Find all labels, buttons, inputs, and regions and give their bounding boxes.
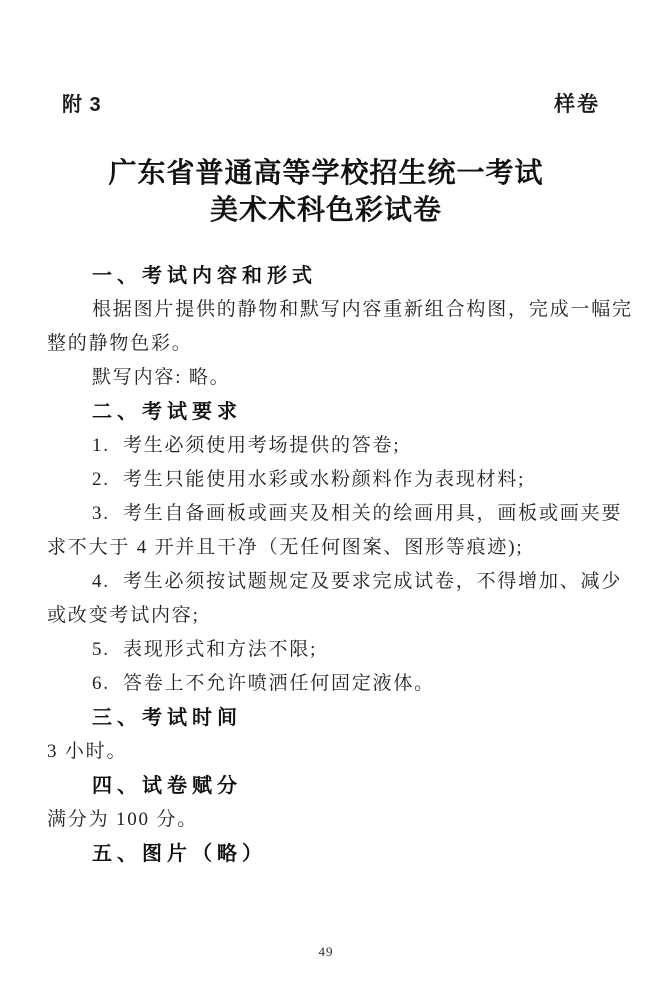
para-total-score: 满分为 100 分。	[47, 803, 612, 837]
document-page: 附 3 样卷 广东省普通高等学校招生统一考试 美术术科色彩试卷 一、考试内容和形…	[0, 0, 652, 1008]
list-item-3-line-1: 3. 考生自备画板或画夹及相关的绘画用具，画板或画夹要	[47, 497, 612, 531]
para-exam-content-line-1: 根据图片提供的静物和默写内容重新组合构图，完成一幅完	[47, 293, 612, 327]
document-title-line-2: 美术术科色彩试卷	[0, 191, 652, 228]
list-item-2: 2. 考生只能使用水彩或水粉颜料作为表现材料;	[47, 463, 612, 497]
list-item-4-line-2: 或改变考试内容;	[47, 599, 612, 633]
document-title-line-1: 广东省普通高等学校招生统一考试	[0, 154, 652, 191]
list-item-6: 6. 答卷上不允许喷洒任何固定液体。	[47, 667, 612, 701]
para-dictation-content: 默写内容: 略。	[47, 361, 612, 395]
document-body: 一、考试内容和形式 根据图片提供的静物和默写内容重新组合构图，完成一幅完 整的静…	[47, 259, 612, 871]
para-exam-content-line-2: 整的静物色彩。	[47, 327, 612, 361]
section-heading-2: 二、考试要求	[47, 395, 612, 429]
list-item-4-line-1: 4. 考生必须按试题规定及要求完成试卷，不得增加、减少	[47, 565, 612, 599]
list-item-3-line-2: 求不大于 4 开并且干净（无任何图案、图形等痕迹);	[47, 531, 612, 565]
page-number: 49	[0, 944, 652, 960]
document-title-block: 广东省普通高等学校招生统一考试 美术术科色彩试卷	[0, 154, 652, 228]
sample-label: 样卷	[554, 88, 600, 118]
section-heading-4: 四、试卷赋分	[47, 769, 612, 803]
section-heading-1: 一、考试内容和形式	[47, 259, 612, 293]
section-heading-5: 五、图片（略）	[47, 837, 612, 871]
annex-label: 附 3	[62, 88, 102, 117]
section-heading-3: 三、考试时间	[47, 701, 612, 735]
list-item-1: 1. 考生必须使用考场提供的答卷;	[47, 429, 612, 463]
list-item-5: 5. 表现形式和方法不限;	[47, 633, 612, 667]
para-exam-duration: 3 小时。	[47, 735, 612, 769]
